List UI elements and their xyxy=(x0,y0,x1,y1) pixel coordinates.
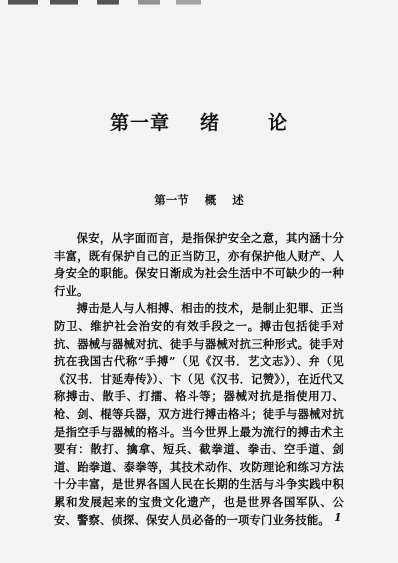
chapter-title-char: 论 xyxy=(268,112,288,134)
section-number: 第一节 xyxy=(154,193,189,207)
chapter-title: 第一章绪论 xyxy=(0,108,398,135)
scan-header-marks xyxy=(0,0,398,8)
body-text: 保安，从字面而言，是指保护安全之意，其内涵十分丰富，既有保护自己的正当防卫，亦有… xyxy=(54,230,344,529)
section-title-char: 概 xyxy=(205,193,217,207)
header-mark xyxy=(50,0,78,5)
section-title-char: 述 xyxy=(232,193,244,207)
chapter-number: 第一章 xyxy=(110,112,170,134)
header-mark xyxy=(97,0,119,5)
paragraph: 搏击是人与人相搏、相击的技术，是制止犯罪、正当防卫、维护社会治安的有效手段之一。… xyxy=(54,300,344,529)
header-mark xyxy=(176,0,201,5)
header-mark xyxy=(138,0,160,5)
chapter-title-char: 绪 xyxy=(200,112,220,134)
page-number: 1 xyxy=(334,511,342,524)
paragraph: 保安，从字面而言，是指保护安全之意，其内涵十分丰富，既有保护自己的正当防卫，亦有… xyxy=(54,230,344,300)
header-mark xyxy=(8,0,38,5)
section-title: 第一节概述 xyxy=(0,192,398,208)
